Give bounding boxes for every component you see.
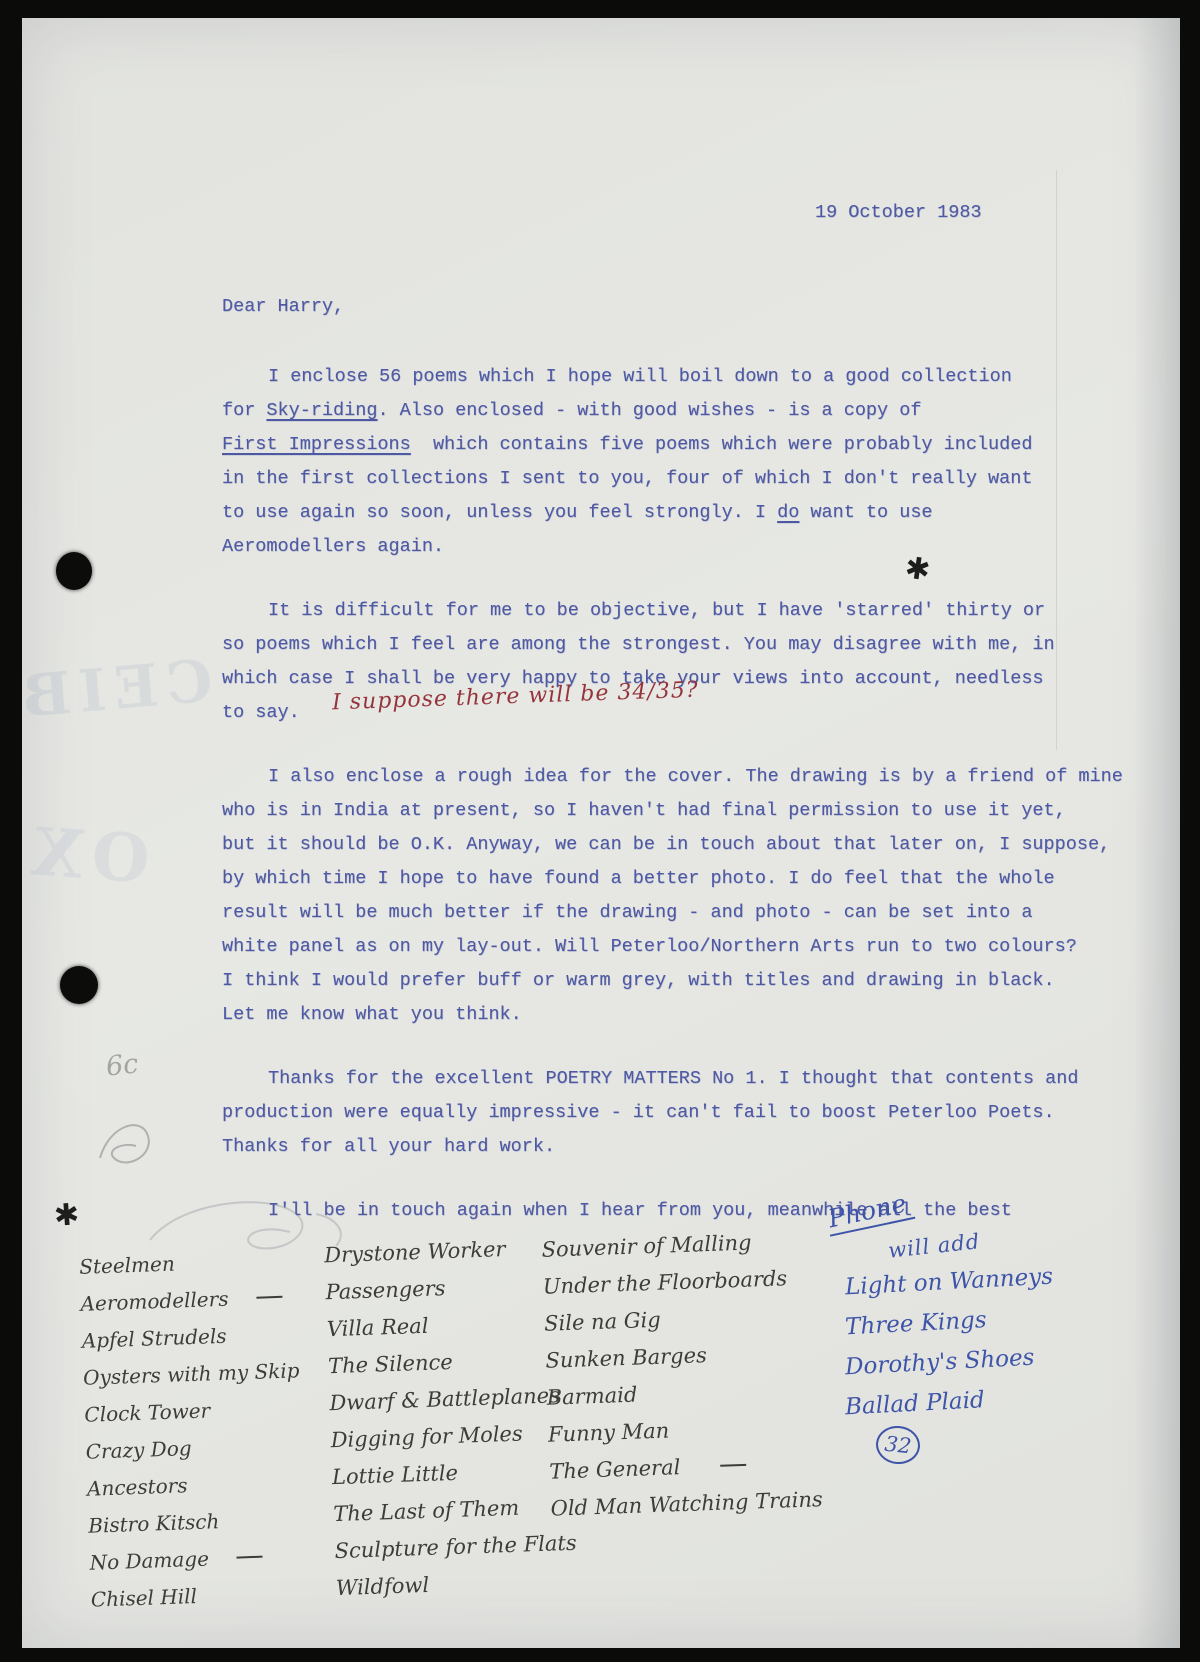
list-item-label: Steelmen <box>79 1251 175 1278</box>
list-item-label: Souvenir of Malling <box>541 1230 752 1261</box>
asterisk-bottom: ✱ <box>53 1197 81 1234</box>
list-item-label: Ballad Plaid <box>844 1387 985 1420</box>
typed-segment: Let me know what you think. <box>222 1004 522 1025</box>
starred-asterisk: ✱ <box>903 550 933 588</box>
list-item-label: No Damage <box>89 1546 209 1574</box>
typed-segment: I also enclose a rough idea for the cove… <box>268 766 1123 787</box>
list-item-label: Dwarf & Battleplanes <box>329 1383 560 1415</box>
typed-line: First Impressions which contains five po… <box>222 428 1167 462</box>
poem-list-middle: Drystone WorkerPassengersVilla RealThe S… <box>324 1228 579 1606</box>
list-item-label: Sunken Barges <box>545 1343 707 1373</box>
list-item-label: Sile na Gig <box>544 1307 661 1335</box>
blue-ink-list: Light on WanneysThree KingsDorothy's Sho… <box>845 1262 1053 1422</box>
typed-line: I think I would prefer buff or warm grey… <box>222 964 1167 998</box>
typed-line: so poems which I feel are among the stro… <box>222 628 1167 662</box>
list-item-label: Old Man Watching Trains <box>550 1487 823 1520</box>
list-item-label: Drystone Worker <box>324 1237 506 1267</box>
typed-line: result will be much better if the drawin… <box>222 896 1167 930</box>
typed-paragraph: Thanks for the excellent POETRY MATTERS … <box>222 1062 1167 1164</box>
typed-segment: I think I would prefer buff or warm grey… <box>222 970 1055 991</box>
list-item-label: Wildfowl <box>335 1572 429 1599</box>
punch-hole-bottom <box>60 966 98 1004</box>
typed-segment: production were equally impressive - it … <box>222 1102 1055 1123</box>
typed-segment: Aeromodellers again. <box>222 536 444 557</box>
letter-date: 19 October 1983 <box>815 196 982 230</box>
list-item-label: The General <box>549 1455 681 1484</box>
typed-segment: want to use <box>799 502 932 523</box>
list-item-label: Apfel Strudels <box>81 1323 226 1352</box>
typed-line: by which time I hope to have found a bet… <box>222 862 1167 896</box>
typed-segment: who is in India at present, so I haven't… <box>222 800 1066 821</box>
typed-line: Let me know what you think. <box>222 998 1167 1032</box>
typed-segment: . Also enclosed - with good wishes - is … <box>377 400 921 421</box>
underlined-segment: Sky-riding <box>266 400 377 421</box>
typed-paragraph: I'll be in touch again when I hear from … <box>222 1194 1167 1228</box>
typed-line: Thanks for all your hard work. <box>222 1130 1167 1164</box>
list-item-label: Three Kings <box>844 1307 987 1340</box>
typed-line: for Sky-riding. Also enclosed - with goo… <box>222 394 1167 428</box>
list-item-label: Crazy Dog <box>85 1436 192 1464</box>
punch-hole-top <box>56 552 92 590</box>
typed-line: but it should be O.K. Anyway, we can be … <box>222 828 1167 862</box>
list-item-label: Sculpture for the Flats <box>334 1530 577 1562</box>
list-item-label: Light on Wanneys <box>844 1264 1053 1301</box>
list-item-label: Digging for Moles <box>330 1421 523 1452</box>
underlined-segment: do <box>777 502 799 523</box>
list-item-label: Clock Tower <box>84 1398 211 1426</box>
typed-segment: It is difficult for me to be objective, … <box>268 600 1045 621</box>
list-item-label: Oysters with my Skip <box>83 1358 300 1390</box>
typed-segment: result will be much better if the drawin… <box>222 902 1032 923</box>
item-dash <box>256 1295 282 1298</box>
typed-segment: Thanks for the excellent POETRY MATTERS … <box>268 1068 1078 1089</box>
typed-line: I'll be in touch again when I hear from … <box>222 1194 1167 1228</box>
list-item-label: Villa Real <box>326 1313 428 1341</box>
typed-segment: white panel as on my lay-out. Will Peter… <box>222 936 1077 957</box>
typed-segment: to use again so soon, unless you feel st… <box>222 502 777 523</box>
list-item-label: Bistro Kitsch <box>88 1509 220 1538</box>
typed-segment: in the first collections I sent to you, … <box>222 468 1032 489</box>
poem-list-right: Souvenir of MallingUnder the Floorboards… <box>541 1221 823 1526</box>
salutation: Dear Harry, <box>222 290 1167 324</box>
typed-line: who is in India at present, so I haven't… <box>222 794 1167 828</box>
list-item-label: Under the Floorboards <box>542 1266 787 1299</box>
list-item-label: Barmaid <box>546 1382 637 1409</box>
item-dash <box>237 1555 263 1558</box>
typed-line: It is difficult for me to be objective, … <box>222 594 1167 628</box>
list-item-label: The Last of Them <box>333 1495 520 1525</box>
typed-segment: for <box>222 400 266 421</box>
typed-segment: I enclose 56 poems which I hope will boi… <box>268 366 1012 387</box>
list-item-label: Lottie Little <box>332 1460 459 1488</box>
typed-line: I enclose 56 poems which I hope will boi… <box>222 360 1167 394</box>
list-item-label: Aeromodellers <box>80 1286 229 1315</box>
scan-background: CEIB OX 6c 19 October 1983 Dear Harry, I… <box>0 0 1200 1662</box>
typed-line: in the first collections I sent to you, … <box>222 462 1167 496</box>
list-item-label: Passengers <box>325 1276 446 1304</box>
pencil-doodle <box>92 1112 182 1178</box>
typed-line: to use again so soon, unless you feel st… <box>222 496 1167 530</box>
typed-paragraphs: I enclose 56 poems which I hope will boi… <box>222 360 1167 1228</box>
item-dash <box>720 1463 746 1466</box>
pencil-mark: 6c <box>104 1048 139 1082</box>
typed-segment: which contains five poems which were pro… <box>411 434 1033 455</box>
typed-paragraph: I also enclose a rough idea for the cove… <box>222 760 1167 1032</box>
poem-list-left: SteelmenAeromodellersApfel StrudelsOyste… <box>79 1240 308 1617</box>
letter-body: Dear Harry, I enclose 56 poems which I h… <box>222 290 1167 1228</box>
typed-line: white panel as on my lay-out. Will Peter… <box>222 930 1167 964</box>
typed-segment: so poems which I feel are among the stro… <box>222 634 1055 655</box>
typed-segment: Thanks for all your hard work. <box>222 1136 555 1157</box>
typed-line: Thanks for the excellent POETRY MATTERS … <box>222 1062 1167 1096</box>
typed-segment: by which time I hope to have found a bet… <box>222 868 1055 889</box>
typed-segment: but it should be O.K. Anyway, we can be … <box>222 834 1110 855</box>
typed-paragraph: I enclose 56 poems which I hope will boi… <box>222 360 1167 564</box>
list-item-label: Funny Man <box>548 1418 670 1446</box>
list-item-label: Chisel Hill <box>90 1583 197 1611</box>
typed-line: production were equally impressive - it … <box>222 1096 1167 1130</box>
typed-line: I also enclose a rough idea for the cove… <box>222 760 1167 794</box>
list-item: Chisel Hill <box>90 1573 308 1618</box>
list-item-label: Dorothy's Shoes <box>844 1345 1035 1381</box>
list-item-label: The Silence <box>328 1349 453 1377</box>
typed-segment: to say. <box>222 702 300 723</box>
typed-line: Aeromodellers again. <box>222 530 1167 564</box>
underlined-segment: First Impressions <box>222 434 411 455</box>
list-item-label: Ancestors <box>87 1473 188 1500</box>
